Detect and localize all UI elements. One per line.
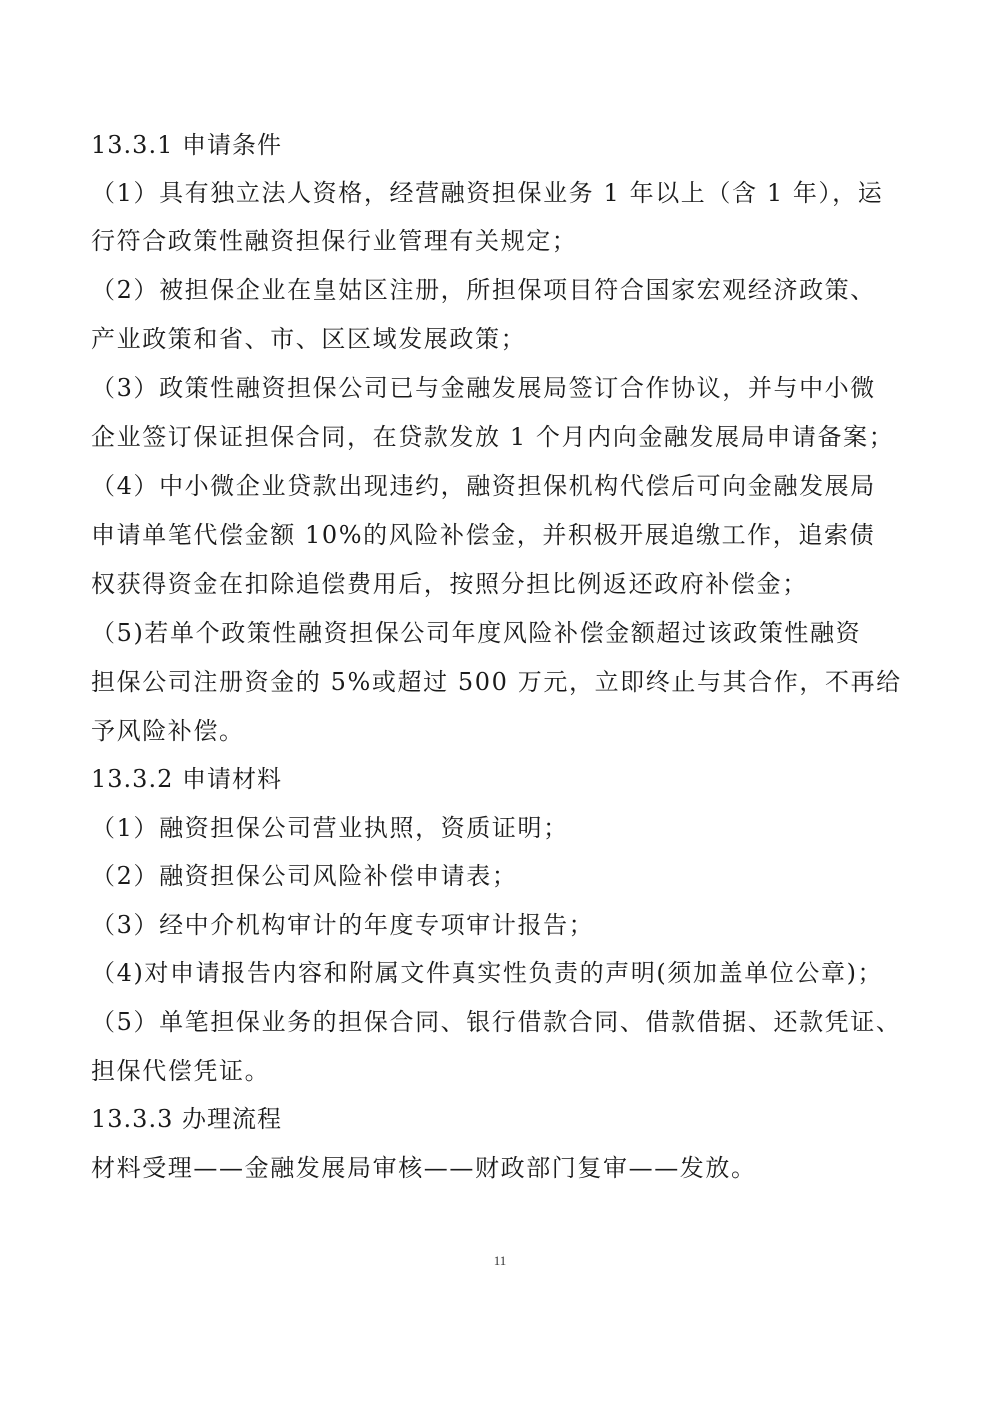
paragraph-line: 予风险补偿。: [91, 716, 245, 746]
paragraph-line: （1）具有独立法人资格，经营融资担保业务 1 年以上（含 1 年），运: [91, 178, 883, 208]
paragraph-line: 产业政策和省、市、区区域发展政策；: [91, 324, 526, 354]
paragraph-line: 申请单笔代偿金额 10%的风险补偿金，并积极开展追缴工作，追索债: [91, 520, 875, 550]
paragraph-line: 行符合政策性融资担保行业管理有关规定；: [91, 226, 577, 256]
paragraph-line: 担保代偿凭证。: [91, 1056, 270, 1086]
page-number: 11: [0, 1253, 1000, 1269]
paragraph-line: 企业签订保证担保合同，在贷款发放 1 个月内向金融发展局申请备案；: [91, 422, 894, 452]
paragraph-line: 材料受理——金融发展局审核——财政部门复审——发放。: [91, 1153, 757, 1183]
paragraph-line: 权获得资金在扣除追偿费用后，按照分担比例返还政府补偿金；: [91, 569, 808, 599]
paragraph-line: （5）单笔担保业务的担保合同、银行借款合同、借款借据、还款凭证、: [91, 1007, 901, 1037]
paragraph-line: （2）融资担保公司风险补偿申请表；: [91, 861, 517, 891]
paragraph-line: 担保公司注册资金的 5%或超过 500 万元，立即终止与其合作，不再给: [91, 667, 902, 697]
paragraph-line: （3）政策性融资担保公司已与金融发展局签订合作协议，并与中小微: [91, 373, 876, 403]
section-heading-13-3-1: 13.3.1 申请条件: [91, 130, 282, 160]
paragraph-line: （4)对申请报告内容和附属文件真实性负责的声明(须加盖单位公章)；: [91, 958, 883, 988]
paragraph-line: （1）融资担保公司营业执照，资质证明；: [91, 813, 569, 843]
section-heading-13-3-3: 13.3.3 办理流程: [91, 1104, 282, 1134]
paragraph-line: （4）中小微企业贷款出现违约，融资担保机构代偿后可向金融发展局: [91, 471, 876, 501]
paragraph-line: （5)若单个政策性融资担保公司年度风险补偿金额超过该政策性融资: [91, 618, 861, 648]
section-heading-13-3-2: 13.3.2 申请材料: [91, 764, 282, 794]
paragraph-line: （2）被担保企业在皇姑区注册，所担保项目符合国家宏观经济政策、: [91, 275, 876, 305]
paragraph-line: （3）经中介机构审计的年度专项审计报告；: [91, 910, 594, 940]
document-page: 13.3.1 申请条件 （1）具有独立法人资格，经营融资担保业务 1 年以上（含…: [0, 0, 1000, 1413]
